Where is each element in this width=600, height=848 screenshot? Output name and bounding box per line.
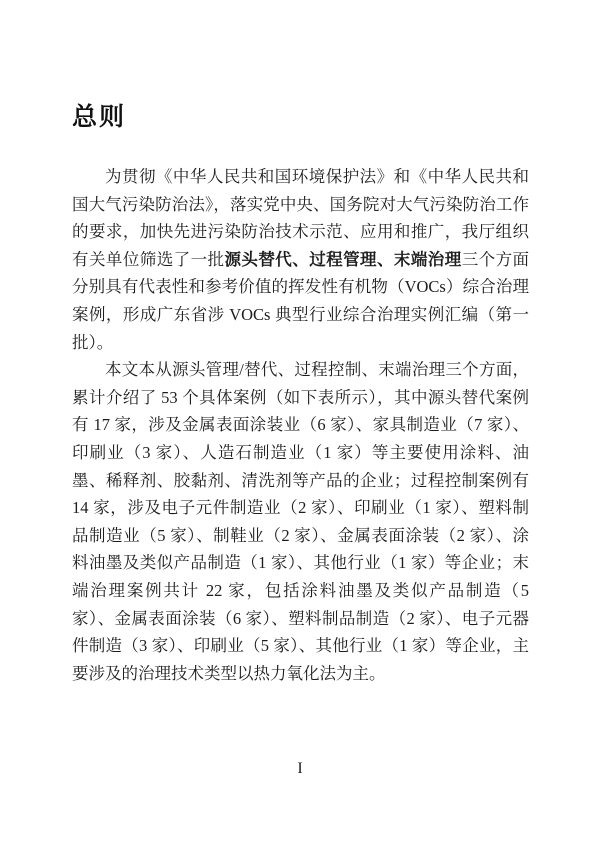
page-title: 总则	[72, 99, 126, 135]
document-page: 总则 为贯彻《中华人民共和国环境保护法》和《中华人民共和国大气污染防治法》，落实…	[0, 0, 600, 848]
page-number: I	[0, 758, 600, 780]
paragraph-1-bold-phrase: 源头替代、过程管理、末端治理	[224, 250, 461, 269]
paragraph-1: 为贯彻《中华人民共和国环境保护法》和《中华人民共和国大气污染防治法》，落实党中央…	[72, 163, 529, 356]
paragraph-2: 本文本从源头管理/替代、过程控制、末端治理三个方面，累计介绍了 53 个具体案例…	[72, 356, 529, 687]
document-body: 为贯彻《中华人民共和国环境保护法》和《中华人民共和国大气污染防治法》，落实党中央…	[72, 163, 529, 687]
